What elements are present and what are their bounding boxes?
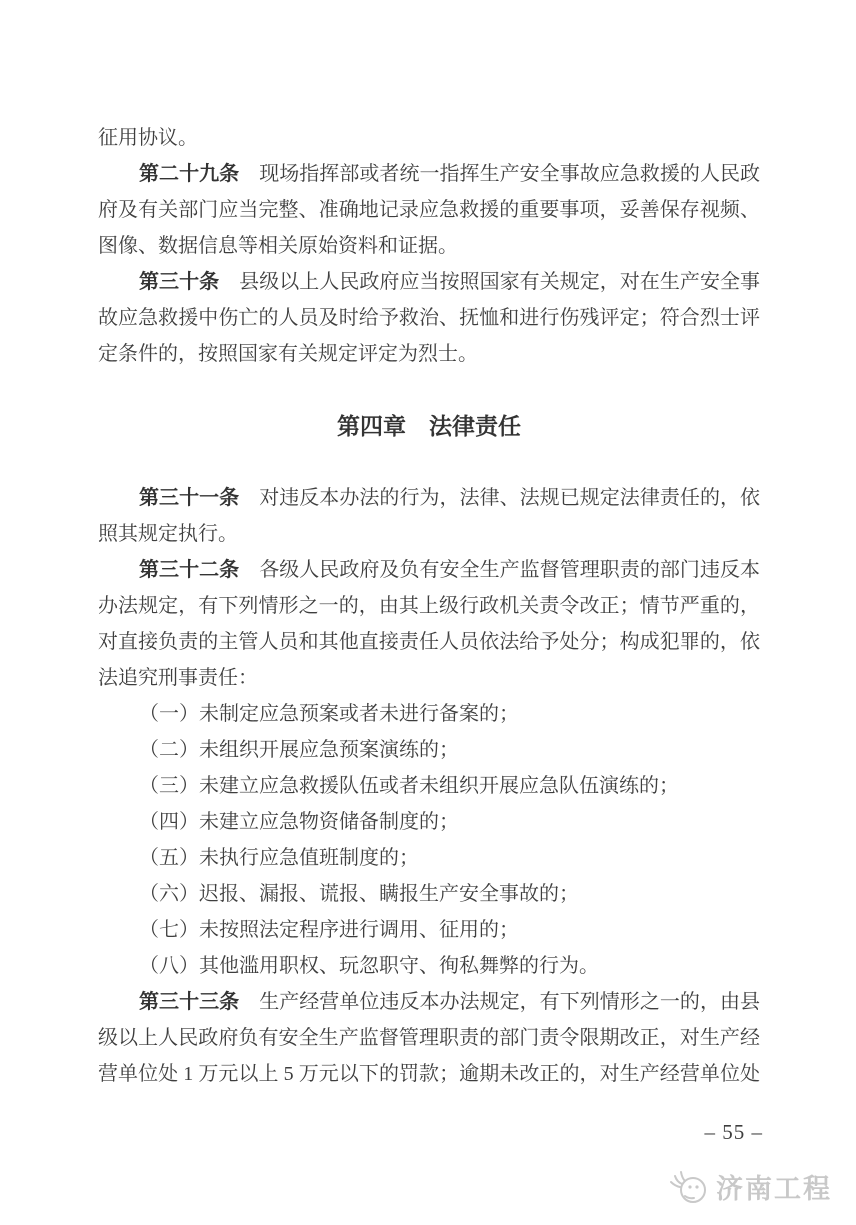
list-item: （八）其他滥用职权、玩忽职守、徇私舞弊的行为。 — [98, 948, 760, 984]
list-item: （一）未制定应急预案或者未进行备案的； — [98, 696, 760, 732]
line-text: 各级人民政府及负有安全生产监督管理职责的部门违反本 — [239, 559, 760, 581]
article-number: 第三十条 — [139, 271, 219, 293]
line-text: 对违反本办法的行为，法律、法规已规定法律责任的，依 — [239, 487, 760, 509]
text-line: 第三十条 县级以上人民政府应当按照国家有关规定，对在生产安全事 — [98, 264, 760, 300]
page-number: – 55 – — [705, 1120, 764, 1144]
text-line: 故应急救援中伤亡的人员及时给予救治、抚恤和进行伤残评定；符合烈士评 — [98, 300, 760, 336]
list-item: （四）未建立应急物资储备制度的； — [98, 804, 760, 840]
text-line: 法追究刑事责任： — [98, 660, 760, 696]
document-body: 征用协议。 第二十九条 现场指挥部或者统一指挥生产安全事故应急救援的人民政 府及… — [98, 120, 760, 1092]
line-text: 生产经营单位违反本办法规定，有下列情形之一的，由县 — [239, 991, 760, 1013]
text-line: 对直接负责的主管人员和其他直接责任人员依法给予处分；构成犯罪的，依 — [98, 624, 760, 660]
mascot-icon — [667, 1166, 711, 1206]
document-page: 征用协议。 第二十九条 现场指挥部或者统一指挥生产安全事故应急救援的人民政 府及… — [0, 0, 856, 1225]
list-item: （七）未按照法定程序进行调用、征用的； — [98, 912, 760, 948]
text-line: 级以上人民政府负有安全生产监督管理职责的部门责令限期改正，对生产经 — [98, 1020, 760, 1056]
line-text: 现场指挥部或者统一指挥生产安全事故应急救援的人民政 — [239, 163, 760, 185]
watermark-text: 济南工程 — [716, 1167, 832, 1206]
article-number: 第三十三条 — [139, 991, 239, 1013]
line-text: 县级以上人民政府应当按照国家有关规定，对在生产安全事 — [219, 271, 760, 293]
article-number: 第二十九条 — [139, 163, 239, 185]
text-line: 照其规定执行。 — [98, 516, 760, 552]
text-line: 办法规定，有下列情形之一的，由其上级行政机关责令改正；情节严重的， — [98, 588, 760, 624]
chapter-heading: 第四章 法律责任 — [98, 408, 760, 444]
text-line: 定条件的，按照国家有关规定评定为烈士。 — [98, 336, 760, 372]
list-item: （六）迟报、漏报、谎报、瞒报生产安全事故的； — [98, 876, 760, 912]
text-line: 图像、数据信息等相关原始资料和证据。 — [98, 228, 760, 264]
list-item: （二）未组织开展应急预案演练的； — [98, 732, 760, 768]
watermark-logo: 济南工程 — [667, 1166, 832, 1206]
text-line: 府及有关部门应当完整、准确地记录应急救援的重要事项，妥善保存视频、 — [98, 192, 760, 228]
list-item: （五）未执行应急值班制度的； — [98, 840, 760, 876]
list-item: （三）未建立应急救援队伍或者未组织开展应急队伍演练的； — [98, 768, 760, 804]
text-line: 第三十二条 各级人民政府及负有安全生产监督管理职责的部门违反本 — [98, 552, 760, 588]
text-line: 第三十一条 对违反本办法的行为，法律、法规已规定法律责任的，依 — [98, 480, 760, 516]
article-number: 第三十一条 — [139, 487, 239, 509]
article-number: 第三十二条 — [139, 559, 239, 581]
text-line: 第二十九条 现场指挥部或者统一指挥生产安全事故应急救援的人民政 — [98, 156, 760, 192]
text-line: 征用协议。 — [98, 120, 760, 156]
text-line: 营单位处 1 万元以上 5 万元以下的罚款；逾期未改正的，对生产经营单位处 — [98, 1056, 760, 1092]
text-line: 第三十三条 生产经营单位违反本办法规定，有下列情形之一的，由县 — [98, 984, 760, 1020]
